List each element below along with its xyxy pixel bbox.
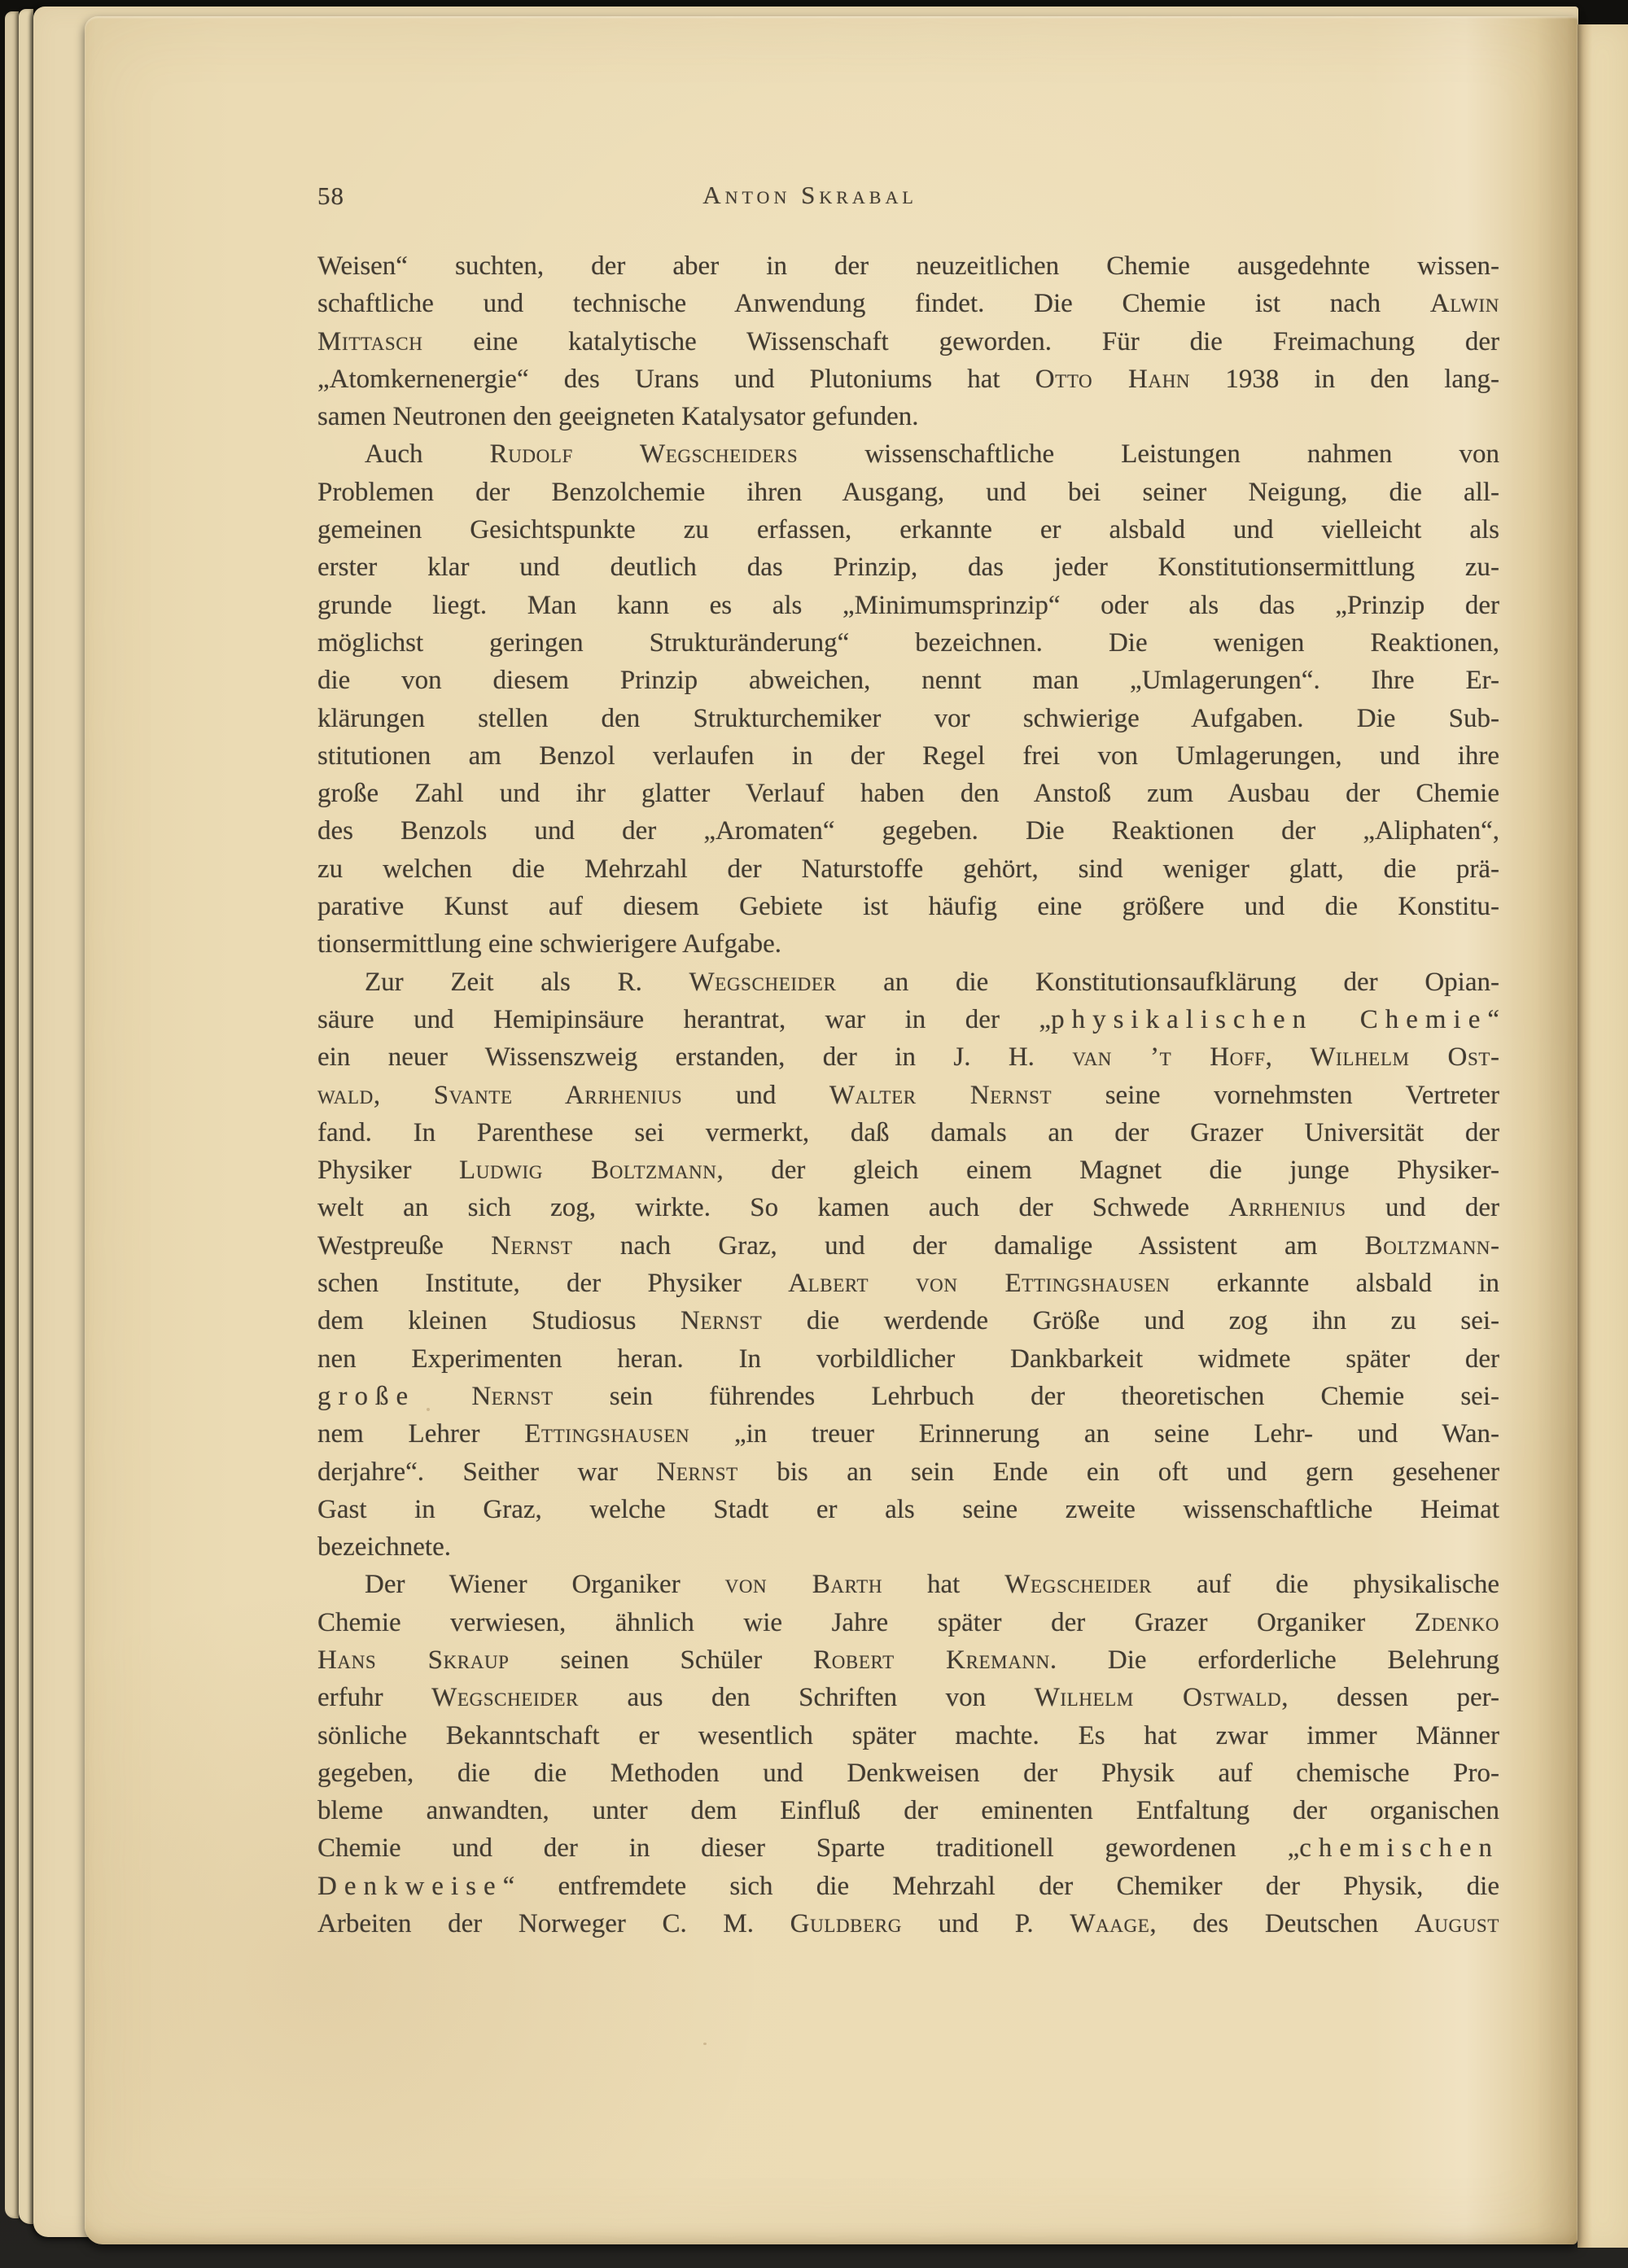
text-line: Problemen der Benzolchemie ihren Ausgang…: [317, 474, 1499, 511]
text-line: Chemie und der in dieser Sparte traditio…: [317, 1829, 1499, 1867]
small-caps-name: Wilhelm Ost: [1310, 1042, 1490, 1072]
text-line: Auch Rudolf Wegscheiders wissenschaftlic…: [317, 435, 1499, 473]
small-caps-name: Ludwig Boltzmann: [459, 1156, 716, 1185]
text-line: derjahre“. Seither war Nernst bis an sei…: [317, 1453, 1499, 1491]
text-line: möglichst geringen Strukturänderung“ bez…: [317, 624, 1499, 662]
text-line: Der Wiener Organiker von Barth hat Wegsc…: [317, 1566, 1499, 1603]
text-line: große Zahl und ihr glatter Verlauf haben…: [317, 775, 1499, 812]
small-caps-name: Nernst: [681, 1306, 762, 1335]
text-line: nen Experimenten heran. In vorbildlicher…: [317, 1340, 1499, 1378]
text-line: die von diesem Prinzip abweichen, nennt …: [317, 662, 1499, 699]
text-line: gegeben, die die Methoden und Denkweisen…: [317, 1755, 1499, 1792]
small-caps-name: Robert Kremann: [813, 1645, 1050, 1675]
small-caps-name: Otto Hahn: [1035, 365, 1190, 394]
small-caps-name: Ettingshausen: [524, 1419, 689, 1449]
text-line: parative Kunst auf diesem Gebiete ist hä…: [317, 888, 1499, 925]
letter-spaced-emphasis: chemischen: [1299, 1833, 1499, 1863]
small-caps-name: August: [1415, 1909, 1499, 1938]
text-line: zu welchen die Mehrzahl der Naturstoffe …: [317, 850, 1499, 888]
small-caps-name: Wilhelm Ostwald: [1035, 1683, 1282, 1712]
text-line: säure und Hemipinsäure herantrat, war in…: [317, 1001, 1499, 1038]
book-page: 58 Anton Skrabal Weisen“ suchten, der ab…: [85, 16, 1578, 2244]
text-line: erfuhr Wegscheider aus den Schriften von…: [317, 1679, 1499, 1716]
text-line: des Benzols und der „Aromaten“ gegeben. …: [317, 812, 1499, 850]
text-line: sönliche Bekanntschaft er wesentlich spä…: [317, 1717, 1499, 1755]
text-line: welt an sich zog, wirkte. So kamen auch …: [317, 1189, 1499, 1226]
small-caps-name: wald: [317, 1081, 374, 1110]
text-block: Weisen“ suchten, der aber in der neuzeit…: [317, 247, 1499, 1942]
adjacent-page-gutter-edge: [1578, 24, 1628, 2248]
text-line: Gast in Graz, welche Stadt er als seine …: [317, 1491, 1499, 1528]
letter-spaced-emphasis: große: [317, 1382, 415, 1411]
page-stack-edge-middle: [19, 9, 33, 2224]
text-line: Denkweise“ entfremdete sich die Mehrzahl…: [317, 1868, 1499, 1905]
text-line: wald, Svante Arrhenius und Walter Nernst…: [317, 1077, 1499, 1114]
small-caps-name: Nernst: [656, 1457, 737, 1487]
text-line: Westpreuße Nernst nach Graz, und der dam…: [317, 1227, 1499, 1265]
text-line: bezeichnete.: [317, 1528, 1499, 1566]
small-caps-name: von Barth: [725, 1570, 882, 1599]
text-line: Arbeiten der Norweger C. M. Guldberg und…: [317, 1905, 1499, 1942]
small-caps-name: Wegscheider: [1004, 1570, 1152, 1599]
text-line: dem kleinen Studiosus Nernst die werdend…: [317, 1302, 1499, 1339]
letter-spaced-emphasis: physikalischen Chemie: [1051, 1005, 1487, 1034]
page-stack-edge-outer: [5, 11, 19, 2218]
small-caps-name: Nernst: [491, 1231, 572, 1261]
text-line: Chemie verwiesen, ähnlich wie Jahre spät…: [317, 1604, 1499, 1641]
small-caps-name: Rudolf Wegscheiders: [490, 439, 799, 469]
text-line: große Nernst sein führendes Lehrbuch der…: [317, 1378, 1499, 1415]
text-line: Physiker Ludwig Boltzmann, der gleich ei…: [317, 1151, 1499, 1189]
text-line: schaftliche und technische Anwendung fin…: [317, 285, 1499, 322]
small-caps-name: Alwin: [1430, 289, 1499, 318]
text-line: tionsermittlung eine schwierigere Aufgab…: [317, 925, 1499, 963]
paper-speck: [1220, 753, 1223, 755]
text-line: schen Institute, der Physiker Albert von…: [317, 1265, 1499, 1302]
text-line: samen Neutronen den geeigneten Katalysat…: [317, 398, 1499, 435]
small-caps-name: Walter Nernst: [829, 1081, 1052, 1110]
text-line: fand. In Parenthese sei vermerkt, daß da…: [317, 1114, 1499, 1151]
small-caps-name: van ’t Hoff: [1072, 1042, 1265, 1072]
small-caps-name: Boltzmann: [1365, 1231, 1490, 1261]
paper-speck: [703, 2043, 707, 2045]
text-line: ein neuer Wissenszweig erstanden, der in…: [317, 1038, 1499, 1076]
paper-speck: [427, 1408, 430, 1411]
text-line: Zur Zeit als R. Wegscheider an die Konst…: [317, 964, 1499, 1001]
running-title: Anton Skrabal: [63, 180, 1556, 211]
small-caps-name: Svante Arrhenius: [434, 1081, 683, 1110]
small-caps-name: Arrhenius: [1228, 1193, 1346, 1222]
text-line: Weisen“ suchten, der aber in der neuzeit…: [317, 247, 1499, 285]
small-caps-name: Hans Skraup: [317, 1645, 510, 1675]
small-caps-name: Albert von Ettingshausen: [788, 1269, 1170, 1298]
text-line: Hans Skraup seinen Schüler Robert Kreman…: [317, 1641, 1499, 1679]
small-caps-name: Mittasch: [317, 327, 422, 356]
small-caps-name: Waage: [1070, 1909, 1149, 1938]
text-line: Mittasch eine katalytische Wissenschaft …: [317, 323, 1499, 361]
scan-background: 58 Anton Skrabal Weisen“ suchten, der ab…: [0, 0, 1628, 2268]
text-line: stitutionen am Benzol verlaufen in der R…: [317, 737, 1499, 775]
letter-spaced-emphasis: Denkweise: [317, 1872, 503, 1901]
small-caps-name: Wegscheider: [431, 1683, 579, 1712]
text-line: gemeinen Gesichtspunkte zu erfassen, erk…: [317, 511, 1499, 548]
small-caps-name: Nernst: [471, 1382, 553, 1411]
small-caps-name: Guldberg: [790, 1909, 902, 1938]
text-line: „Atomkernenergie“ des Urans und Plutoniu…: [317, 361, 1499, 398]
small-caps-name: Zdenko: [1415, 1608, 1499, 1637]
text-line: nem Lehrer Ettingshausen „in treuer Erin…: [317, 1415, 1499, 1453]
text-line: erster klar und deutlich das Prinzip, da…: [317, 548, 1499, 586]
text-line: grunde liegt. Man kann es als „Minimumsp…: [317, 587, 1499, 624]
text-line: bleme anwandten, unter dem Einfluß der e…: [317, 1792, 1499, 1829]
small-caps-name: Wegscheider: [689, 968, 837, 997]
text-line: klärungen stellen den Strukturchemiker v…: [317, 700, 1499, 737]
